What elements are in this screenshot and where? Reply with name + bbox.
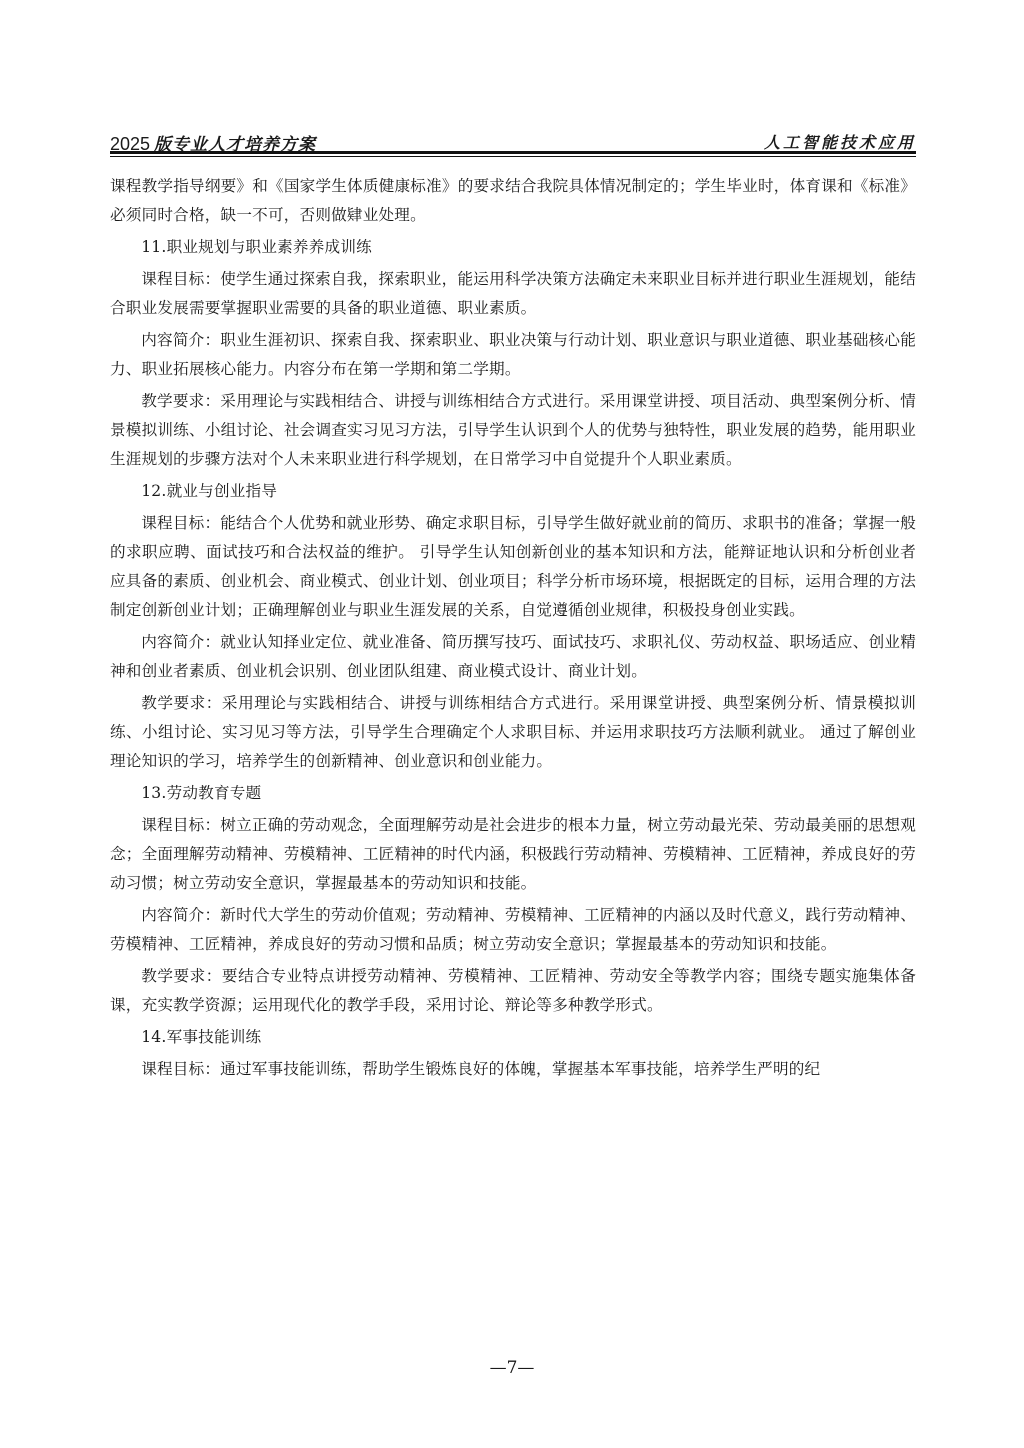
header-divider-thick [110, 151, 916, 154]
teaching-requirements-11: 教学要求：采用理论与实践相结合、讲授与训练相结合方式进行。采用课堂讲授、项目活动… [110, 387, 916, 474]
course-objective-13: 课程目标：树立正确的劳动观念，全面理解劳动是社会进步的根本力量，树立劳动最光荣、… [110, 811, 916, 898]
content-summary-11: 内容简介：职业生涯初识、探索自我、探索职业、职业决策与行动计划、职业意识与职业道… [110, 326, 916, 384]
section-heading-11: 11.职业规划与职业素养养成训练 [110, 233, 916, 262]
teaching-requirements-13: 教学要求：要结合专业特点讲授劳动精神、劳模精神、工匠精神、劳动安全等教学内容；围… [110, 962, 916, 1020]
page-number: —7— [0, 1358, 1024, 1378]
section-heading-14: 14.军事技能训练 [110, 1023, 916, 1052]
document-body: 课程教学指导纲要》和《国家学生体质健康标准》的要求结合我院具体情况制定的；学生毕… [110, 172, 916, 1087]
course-objective-14: 课程目标：通过军事技能训练，帮助学生锻炼良好的体魄，掌握基本军事技能，培养学生严… [110, 1055, 916, 1084]
teaching-requirements-12: 教学要求：采用理论与实践相结合、讲授与训练相结合方式进行。采用课堂讲授、典型案例… [110, 689, 916, 776]
course-objective-11: 课程目标：使学生通过探索自我，探索职业，能运用科学决策方法确定未来职业目标并进行… [110, 265, 916, 323]
intro-paragraph: 课程教学指导纲要》和《国家学生体质健康标准》的要求结合我院具体情况制定的；学生毕… [110, 172, 916, 230]
section-heading-12: 12.就业与创业指导 [110, 477, 916, 506]
section-heading-13: 13.劳动教育专题 [110, 779, 916, 808]
course-objective-12: 课程目标：能结合个人优势和就业形势、确定求职目标，引导学生做好就业前的简历、求职… [110, 509, 916, 625]
content-summary-12: 内容简介：就业认知择业定位、就业准备、简历撰写技巧、面试技巧、求职礼仪、劳动权益… [110, 628, 916, 686]
content-summary-13: 内容简介：新时代大学生的劳动价值观；劳动精神、劳模精神、工匠精神的内涵以及时代意… [110, 901, 916, 959]
program-name: 人工智能技术应用 [764, 130, 916, 153]
header-divider-thin [110, 156, 916, 157]
